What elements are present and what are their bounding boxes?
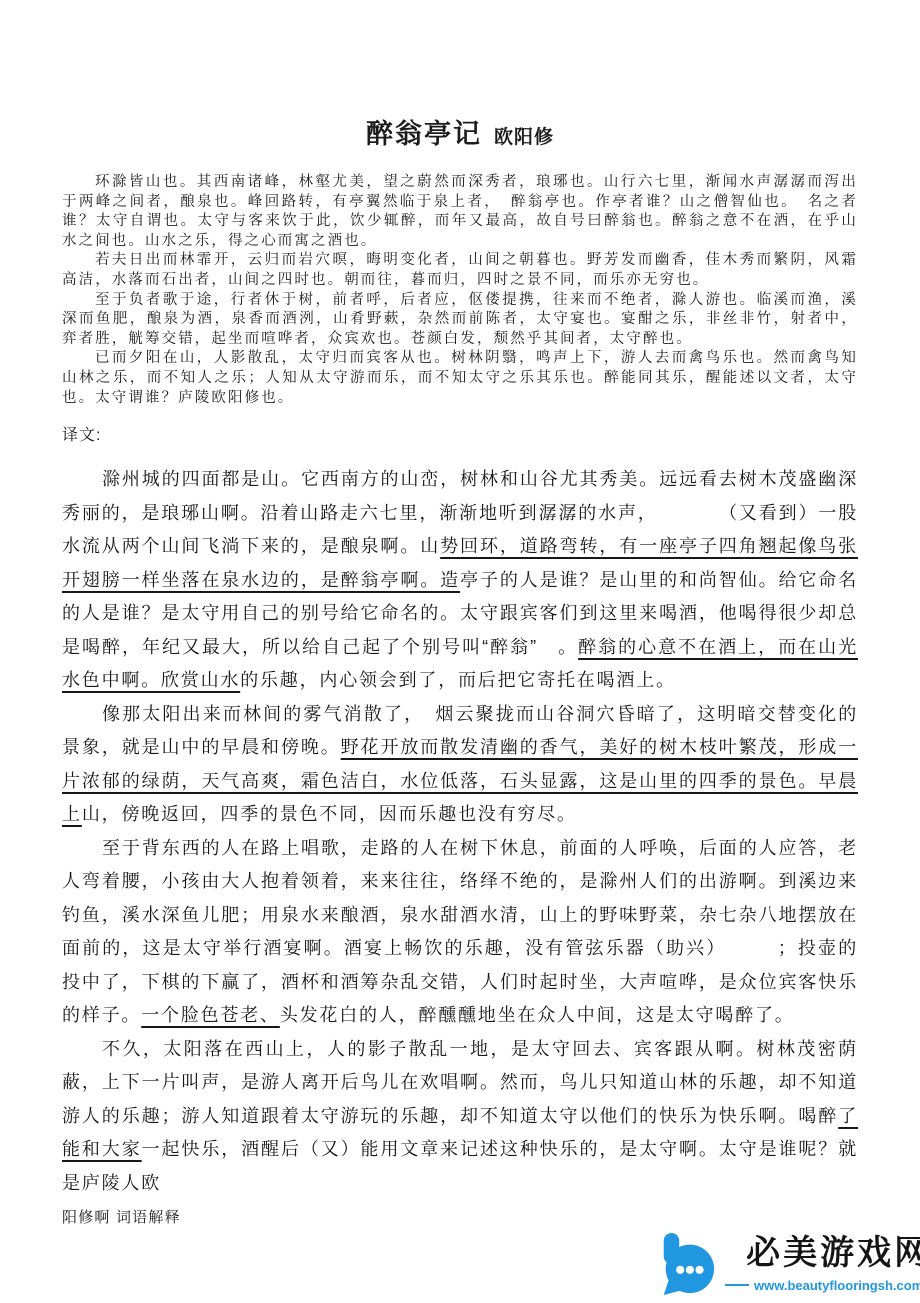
original-paragraph: 若夫日出而林霏开，云归而岩穴暝，晦明变化者，山间之朝暮也。野芳发而幽香，佳木秀而… — [62, 251, 858, 290]
speech-bubble-b-icon — [655, 1231, 717, 1297]
translation-paragraph: 滁州城的四面都是山。它西南方的山峦，树林和山谷尤其秀美。远远看去树木茂盛幽深秀丽… — [62, 463, 858, 698]
article-author: 欧阳修 — [494, 127, 554, 148]
translation-segment: 的乐趣，内心领会到了，而后把它寄托在喝酒上。 — [240, 670, 676, 690]
translation-section: 滁州城的四面都是山。它西南方的山峦，树林和山谷尤其秀美。远远看去树木茂盛幽深秀丽… — [62, 463, 858, 1234]
translation-segment: 一起快乐，酒醒后（又）能用文章来记述这种快乐的，是太守啊。太守是谁呢？就是庐陵人… — [62, 1139, 858, 1193]
translation-segment: 一个脸色苍老、 — [141, 1005, 280, 1025]
translation-segment: 不久，太阳落在西山上，人的影子散乱一地，是太守回去、宾客跟从啊。树林茂密荫蔽，上… — [62, 1039, 858, 1126]
site-url-row: www.beautyflooringsh.com — [725, 1278, 920, 1293]
translation-paragraph: 像那太阳出来而林间的雾气消散了， 烟云聚拢而山谷洞穴昏暗了，这明暗交替变化的景象… — [62, 698, 858, 832]
translation-paragraph: 不久，太阳落在西山上，人的影子散乱一地，是太守回去、宾客跟从啊。树林茂密荫蔽，上… — [62, 1033, 858, 1201]
site-logo-text: 必美游戏网 www.beautyflooringsh.com — [725, 1235, 920, 1292]
page-title: 醉翁亭记欧阳修 — [62, 112, 858, 151]
translation-label: 译文: — [62, 422, 858, 445]
document-page: 醉翁亭记欧阳修 环滁皆山也。其西南诸峰，林壑尤美，望之蔚然而深秀者，琅琊也。山行… — [0, 0, 920, 1303]
translation-segment: 山，傍晚返回，四季的景色不同，因而乐趣也没有穷尽。 — [82, 804, 577, 824]
translation-paragraph: 至于背东西的人在路上唱歌，走路的人在树下休息，前面的人呼唤，后面的人应答，老人弯… — [62, 832, 858, 1033]
site-logo[interactable]: 必美游戏网 www.beautyflooringsh.com — [655, 1231, 915, 1297]
translation-segment: 至于背东西的人在路上唱歌，走路的人在树下休息，前面的人呼唤，后面的人应答，老人弯… — [62, 838, 858, 1026]
site-url: www.beautyflooringsh.com — [754, 1278, 920, 1293]
translation-tail-line: 阳修啊 词语解释 — [62, 1202, 858, 1234]
original-text-section: 环滁皆山也。其西南诸峰，林壑尤美，望之蔚然而深秀者，琅琊也。山行六七里，渐闻水声… — [62, 173, 858, 408]
translation-segment: 头发花白的人，醉醺醺地坐在众人中间，这是太守喝醉了。 — [280, 1005, 795, 1025]
original-paragraph: 环滁皆山也。其西南诸峰，林壑尤美，望之蔚然而深秀者，琅琊也。山行六七里，渐闻水声… — [62, 173, 858, 251]
original-paragraph: 至于负者歌于途，行者休于树，前者呼，后者应，伛偻提携，往来而不绝者，滁人游也。临… — [62, 291, 858, 350]
article-title: 醉翁亭记 — [366, 119, 482, 149]
site-name: 必美游戏网 — [746, 1235, 920, 1272]
original-paragraph: 已而夕阳在山，人影散乱，太守归而宾客从也。树林阴翳，鸣声上下，游人去而禽鸟乐也。… — [62, 349, 858, 408]
url-dash-left — [725, 1284, 749, 1287]
document-content: 醉翁亭记欧阳修 环滁皆山也。其西南诸峰，林壑尤美，望之蔚然而深秀者，琅琊也。山行… — [0, 0, 920, 1234]
